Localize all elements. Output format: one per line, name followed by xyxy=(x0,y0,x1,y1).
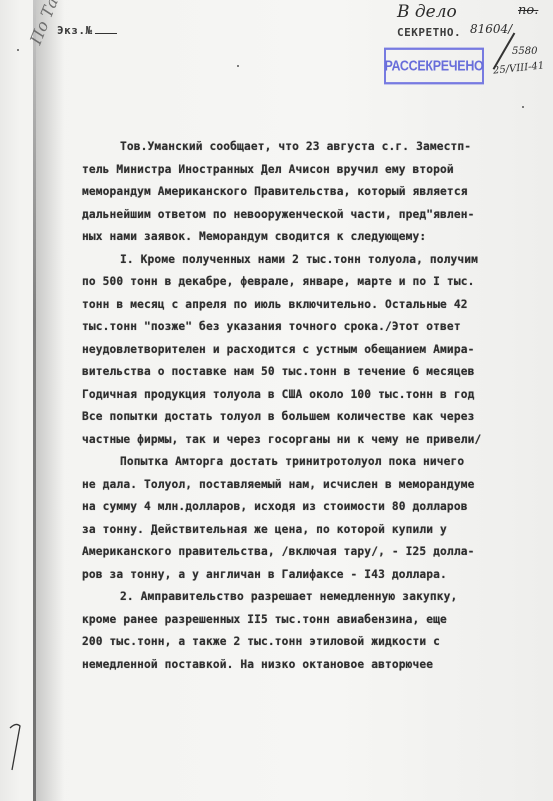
text-line: ров за тонну, а у англичан в Галифаксе -… xyxy=(82,564,522,587)
secrecy-label: СЕКРЕТНО. xyxy=(397,26,461,39)
handwritten-registration-number: 81604/ xyxy=(470,22,512,36)
text-line: 2. Амправительство разрешает немедленную… xyxy=(82,586,522,609)
text-line: тель Министра Иностранных Дел Ачисон вру… xyxy=(82,159,522,182)
text-line: Годичная продукция толуола в США около 1… xyxy=(82,384,522,407)
document-body: Тов.Уманский сообщает, что 23 августа с.… xyxy=(82,136,522,676)
paper-speck xyxy=(522,106,524,108)
handwritten-sub-number: 5580 xyxy=(512,46,537,57)
margin-pencil-mark-icon xyxy=(8,722,22,772)
copy-number-field: Экз.№ xyxy=(57,24,117,37)
text-line: дальнейшим ответом по невооруженческой ч… xyxy=(82,204,522,227)
copy-number-blank xyxy=(95,33,117,34)
text-line: на сумму 4 млн.долларов, исходя из стоим… xyxy=(82,496,522,519)
text-line: Все попытки достать толуол в большем кол… xyxy=(82,406,522,429)
handwritten-date: 25/VIII-41 xyxy=(493,60,545,76)
paper-speck xyxy=(17,49,19,51)
text-line: немедленной поставкой. На низко октаново… xyxy=(82,654,522,677)
text-line: 200 тыс.тонн, а также 2 тыс.тонн этилово… xyxy=(82,631,522,654)
text-line: I. Кроме полученных нами 2 тыс.тонн толу… xyxy=(82,249,522,272)
declassified-stamp-text: РАССЕКРЕЧЕНО xyxy=(385,58,484,74)
handwritten-po: по. xyxy=(518,3,538,18)
text-line: меморандум Американского Правительства, … xyxy=(82,181,522,204)
text-line: тыс.тонн "позже" без указания точного ср… xyxy=(82,316,522,339)
text-line: тонн в месяц с апреля по июль включитель… xyxy=(82,294,522,317)
text-line: частные фирмы, так и через госорганы ни … xyxy=(82,429,522,452)
text-line: Попытка Амторга достать тринитротолуол п… xyxy=(82,451,522,474)
text-line: ных нами заявок. Меморандум сводится к с… xyxy=(82,226,522,249)
declassified-stamp: РАССЕКРЕЧЕНО xyxy=(384,48,484,85)
text-line: не дала. Толуол, поставляемый нам, исчис… xyxy=(82,474,522,497)
text-line: Американского правительства, /включая та… xyxy=(82,541,522,564)
text-line: по 500 тонн в декабре, феврале, январе, … xyxy=(82,271,522,294)
text-line: вительства о поставке нам 50 тыс.тонн в … xyxy=(82,361,522,384)
text-line: кроме ранее разрешенных II5 тыс.тонн ави… xyxy=(82,609,522,632)
paper-speck xyxy=(237,65,239,67)
handwritten-v-delo: В дело xyxy=(397,2,457,22)
copy-number-label: Экз.№ xyxy=(57,24,93,37)
text-line: Тов.Уманский сообщает, что 23 августа с.… xyxy=(82,136,522,159)
text-line: неудовлетворителен и расходится с устным… xyxy=(82,339,522,362)
text-line: за тонну. Действительная же цена, по кот… xyxy=(82,519,522,542)
binding-shadow xyxy=(36,0,64,801)
document-page: Экз.№ По Ташкенту В дело по. 81604/ 5580… xyxy=(0,0,553,801)
